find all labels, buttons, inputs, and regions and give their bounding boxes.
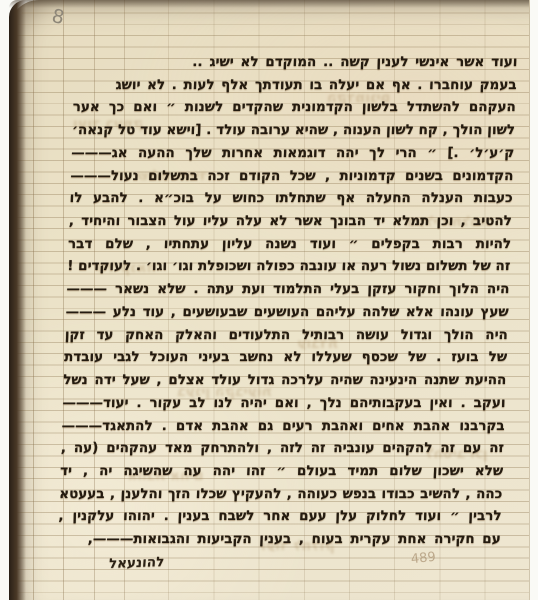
manuscript-line: שלא ישכון שלום תמיד בעולם ״ זהו יהה עה ש… <box>60 460 504 483</box>
manuscript-line: הקדמונים בשנים קדמוניות , שכל הקודם זכה … <box>70 165 514 188</box>
manuscript-line: כעבות הענלה החעלה אף שתחלתו כחוש על בוכ״… <box>69 187 513 210</box>
manuscript-line: בקרבנו אהבת אחים ואהבת רעים גם אהבת אדם … <box>61 415 505 438</box>
manuscript-line: ועקב . ואין בעקבותיהם נלך , ואם יהיה לנו… <box>62 392 506 415</box>
footer-word: להונעאל <box>108 554 164 572</box>
manuscript-line: להיות רבות בקפלים ״ ועוד נשנה עליון עתחת… <box>68 233 512 256</box>
book-edge-left <box>9 0 26 600</box>
manuscript-line: זה עם זה להקהים עונביה זה לזה , ולהתרחק … <box>60 437 504 460</box>
notebook-paper: ועוד בעמקהקדמוניםשלום תמידבעלי התלמודטל … <box>9 0 530 600</box>
manuscript-line: לשון הולך , קח לשון הענוה , שהיא ערובה ע… <box>72 119 516 142</box>
manuscript-line: כהה , להשיב כבודו בנפש כעוהה , להעקיץ שכ… <box>59 483 503 506</box>
scanned-notebook-page: ועוד בעמקהקדמוניםשלום תמידבעלי התלמודטל … <box>0 0 538 600</box>
manuscript-line: שעץ עונהו אלא שלהה עליהם העושעים שבעושעי… <box>65 301 509 324</box>
pencil-number-mark: 489 <box>410 550 436 568</box>
manuscript-line: ק׳ע׳ל׳ .] ״ הרי לך יהה דוגמאות אחרות שלך… <box>71 142 515 165</box>
manuscript-line: של בועז . של שכסף שעללו לא נחשב בעיני הע… <box>64 346 508 369</box>
manuscript-line: בעמק עוחברו . אף אם יעלה בו תעודתך אלף ל… <box>73 74 517 97</box>
manuscript-line: העקהם להשתדל בלשון הקדמונית שהקדים לשנות… <box>72 96 516 119</box>
manuscript-line: ההיעת שתנה הינעינה שהיה עלרכה גדול עולד … <box>63 369 507 392</box>
manuscript-line: היה הלוך וחקור עזקן בעלי התלמוד ועת עתה … <box>66 278 510 301</box>
manuscript-line: היה הולך וגדול עושה רבותיל התלעודים והאל… <box>64 324 508 347</box>
manuscript-line: ועוד אשר אינשי לענין קשה .. המוקדם לא יש… <box>74 51 518 74</box>
manuscript-line: עם חקירה אחת עקרית בעוח , בענין הקביעות … <box>57 528 501 551</box>
manuscript-line: להטיב , וכן תמלא יד הבונך אשר לא עלה עלי… <box>68 210 512 233</box>
book-edge-top <box>9 0 529 8</box>
manuscript-line: זה של תשלום נשול רעה או עונבה כפולה ושכו… <box>67 255 511 278</box>
manuscript-line: לרבין ״ ועוד לחלוק עלן עעם אחר לשבח בעני… <box>58 505 502 528</box>
manuscript-text-block: ועוד אשר אינשי לענין קשה .. המוקדם לא יש… <box>57 51 518 553</box>
